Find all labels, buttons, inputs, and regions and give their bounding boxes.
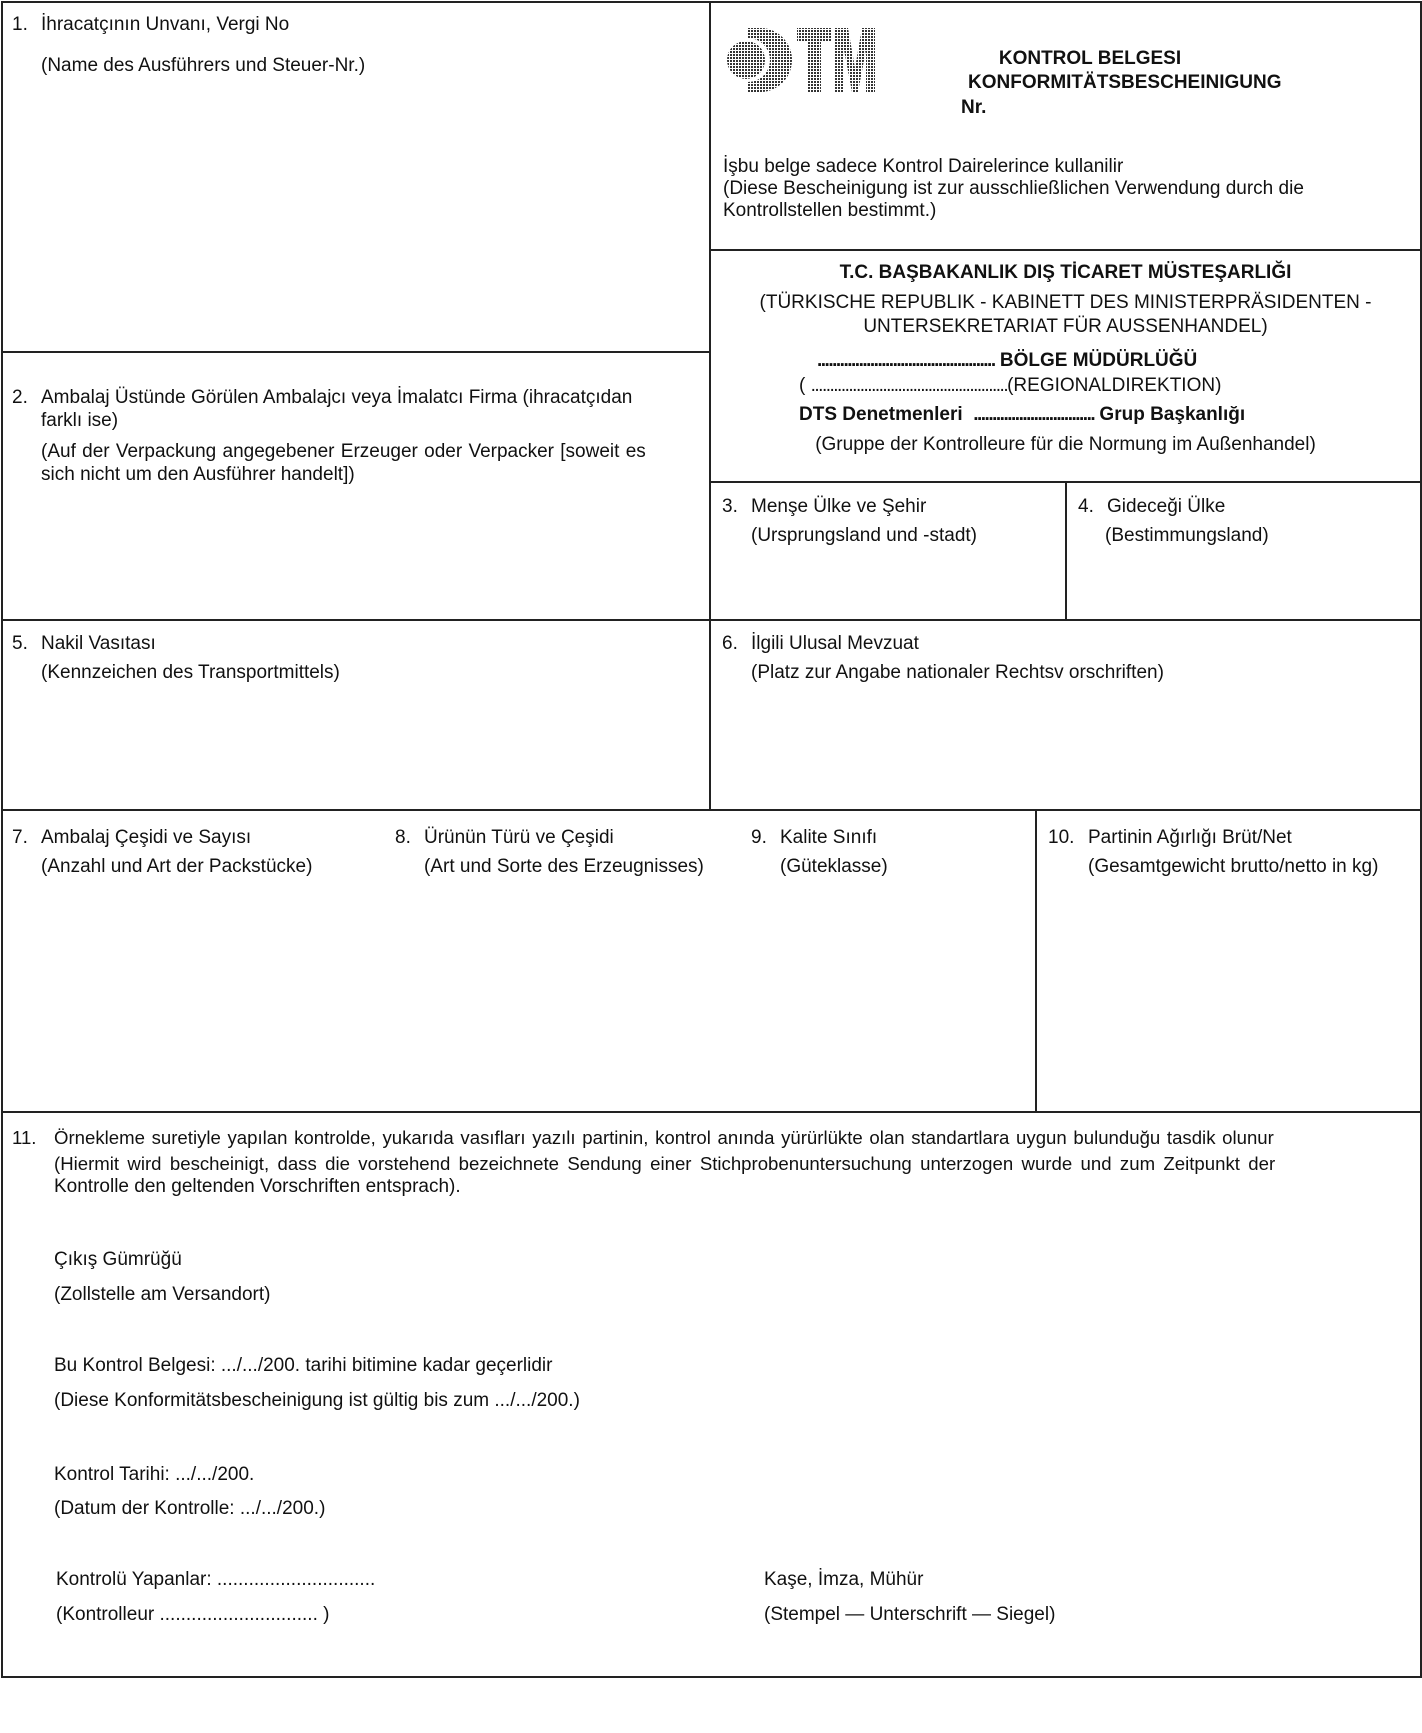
field-label-de: (Gesamtgewicht brutto/netto in kg) [1088,856,1378,878]
field-number: 10. [1048,827,1088,849]
regional-directorate-de-dots: ........................................… [811,375,1008,396]
validity-text-tr: Bu Kontrol Belgesi: .../.../200. tarihi … [54,1355,552,1377]
field-label-tr: Ambalaj Çeşidi ve Sayısı [41,827,251,848]
inspectors-field-tr[interactable]: Kontrolü Yapanlar: .....................… [56,1569,375,1591]
field-number: 8. [395,827,424,849]
exit-customs-label-tr: Çıkış Gümrüğü [54,1249,182,1271]
authority-name-de-1: (TÜRKISCHE REPUBLIK - KABINETT DES MINIS… [711,292,1420,314]
exit-customs-label-de: (Zollstelle am Versandort) [54,1284,270,1306]
field-label-tr: Gideceği Ülke [1107,496,1225,517]
field-label-tr-1: Ambalaj Üstünde Görülen Ambalajcı veya İ… [41,387,632,408]
field-label-de: (Art und Sorte des Erzeugnisses) [424,856,704,878]
box-1-exporter[interactable]: 1.İhracatçının Unvanı, Vergi No (Name de… [2,2,709,351]
field-number: 1. [12,14,41,36]
box-3-origin[interactable]: 3.Menşe Ülke ve Şehir (Ursprungsland und… [711,483,1065,619]
field-label-de: (Platz zur Angabe nationaler Rechtsv ors… [751,662,1164,684]
field-label-tr: Kalite Sınıfı [780,827,877,848]
usage-note-tr: İşbu belge sadece Kontrol Dairelerince k… [723,156,1123,178]
field-number: 5. [12,633,41,655]
field-label-de: (Name des Ausführers und Steuer-Nr.) [41,55,365,77]
regional-directorate-de[interactable]: ( ......................................… [799,375,1221,397]
field-label-de: (Anzahl und Art der Packstücke) [41,856,312,878]
field-number: 2. [12,387,41,409]
field-label-tr: Menşe Ülke ve Şehir [751,496,926,517]
field-label-tr: Ürünün Türü ve Çeşidi [424,827,614,848]
field-label-tr: İlgili Ulusal Mevzuat [751,633,919,654]
certificate-number-label[interactable]: Nr. [961,97,986,119]
box-4-destination[interactable]: 4.Gideceği Ülke (Bestimmungsland) [1067,483,1420,619]
inspectors-field-de[interactable]: (Kontrolleur ...........................… [56,1604,329,1626]
box-5-transport[interactable]: 5.Nakil Vasıtası (Kennzeichen des Transp… [2,621,709,809]
field-label-tr: Partinin Ağırlığı Brüt/Net [1088,827,1292,848]
inspection-group-prefix: DTS Denetmenleri [799,404,963,425]
validity-text-de: (Diese Konformitätsbescheinigung ist gül… [54,1390,580,1412]
authority-name-de-2: UNTERSEKRETARIAT FÜR AUSSENHANDEL) [711,316,1420,338]
statement-tr: Örnekleme suretiyle yapılan kontrolde, y… [54,1127,1274,1148]
box-2-packer-manufacturer[interactable]: 2.Ambalaj Üstünde Görülen Ambalajcı veya… [2,353,709,619]
regional-directorate-de-label: (REGIONALDIREKTION) [1007,375,1221,396]
field-number: 4. [1078,496,1107,518]
dtm-logo [724,24,879,96]
box-11-certification[interactable]: 11.Örnekleme suretiyle yapılan kontrolde… [2,1113,1420,1674]
inspection-group-suffix: Grup Başkanlığı [1099,404,1245,425]
usage-note-de-1: (Diese Bescheinigung ist zur ausschließl… [723,178,1304,200]
box-7-packages[interactable]: 7.Ambalaj Çeşidi ve Sayısı (Anzahl und A… [2,811,382,1111]
paren-open: ( [799,375,811,396]
control-date-tr: Kontrol Tarihi: .../.../200. [54,1464,254,1486]
field-label-de-1: (Auf der Verpackung angegebener Erzeuger… [41,441,698,463]
inspection-group-dots: ................................ [973,404,1094,425]
usage-note-de-2: Kontrollstellen bestimmt.) [723,200,936,222]
field-label-de: (Kennzeichen des Transportmittels) [41,662,340,684]
field-label-de-2: sich nicht um den Ausführer handelt]) [41,464,355,486]
regional-directorate-dots: ........................................… [817,350,995,371]
divider-header-authority [710,249,1420,251]
field-label-tr: İhracatçının Unvanı, Vergi No [41,14,289,35]
box-10-weight[interactable]: 10.Partinin Ağırlığı Brüt/Net (Gesamtgew… [1037,811,1420,1111]
field-label-tr: Nakil Vasıtası [41,633,156,654]
box-6-national-legislation[interactable]: 6.İlgili Ulusal Mevzuat (Platz zur Angab… [711,621,1420,809]
box-8-product-type[interactable]: 8.Ürünün Türü ve Çeşidi (Art und Sorte d… [392,811,742,1111]
field-number: 11. [12,1127,54,1149]
document-title-de: KONFORMITÄTSBESCHEINIGUNG [968,72,1282,94]
field-label-de: (Bestimmungsland) [1105,525,1269,547]
field-number: 7. [12,827,41,849]
inspection-group-de: (Gruppe der Kontrolleure für die Normung… [711,434,1420,456]
document-title-tr: KONTROL BELGESI [920,48,1260,70]
field-label-de: (Güteklasse) [780,856,888,878]
statement-de-1: (Hiermit wird bescheinigt, dass die vors… [54,1153,1275,1175]
inspection-group-tr[interactable]: DTS Denetmenleri .......................… [799,404,1245,426]
control-date-de: (Datum der Kontrolle: .../.../200.) [54,1498,325,1520]
field-number: 6. [722,633,751,655]
dtm-logo-icon [724,24,879,96]
box-9-quality-class[interactable]: 9.Kalite Sınıfı (Güteklasse) [746,811,1034,1111]
regional-directorate-label: BÖLGE MÜDÜRLÜĞÜ [1000,350,1197,371]
field-label-tr-2: farklı ise) [41,410,118,432]
field-number: 3. [722,496,751,518]
stamp-signature-label-tr: Kaşe, İmza, Mühür [764,1569,923,1591]
authority-name-tr: T.C. BAŞBAKANLIK DIŞ TİCARET MÜSTEŞARLIĞ… [711,262,1420,284]
regional-directorate-tr[interactable]: ........................................… [817,350,1197,372]
field-label-de: (Ursprungsland und -stadt) [751,525,977,547]
field-number: 9. [751,827,780,849]
statement-de-2: Kontrolle den geltenden Vorschriften ent… [54,1176,461,1198]
stamp-signature-label-de: (Stempel — Unterschrift — Siegel) [764,1604,1055,1626]
